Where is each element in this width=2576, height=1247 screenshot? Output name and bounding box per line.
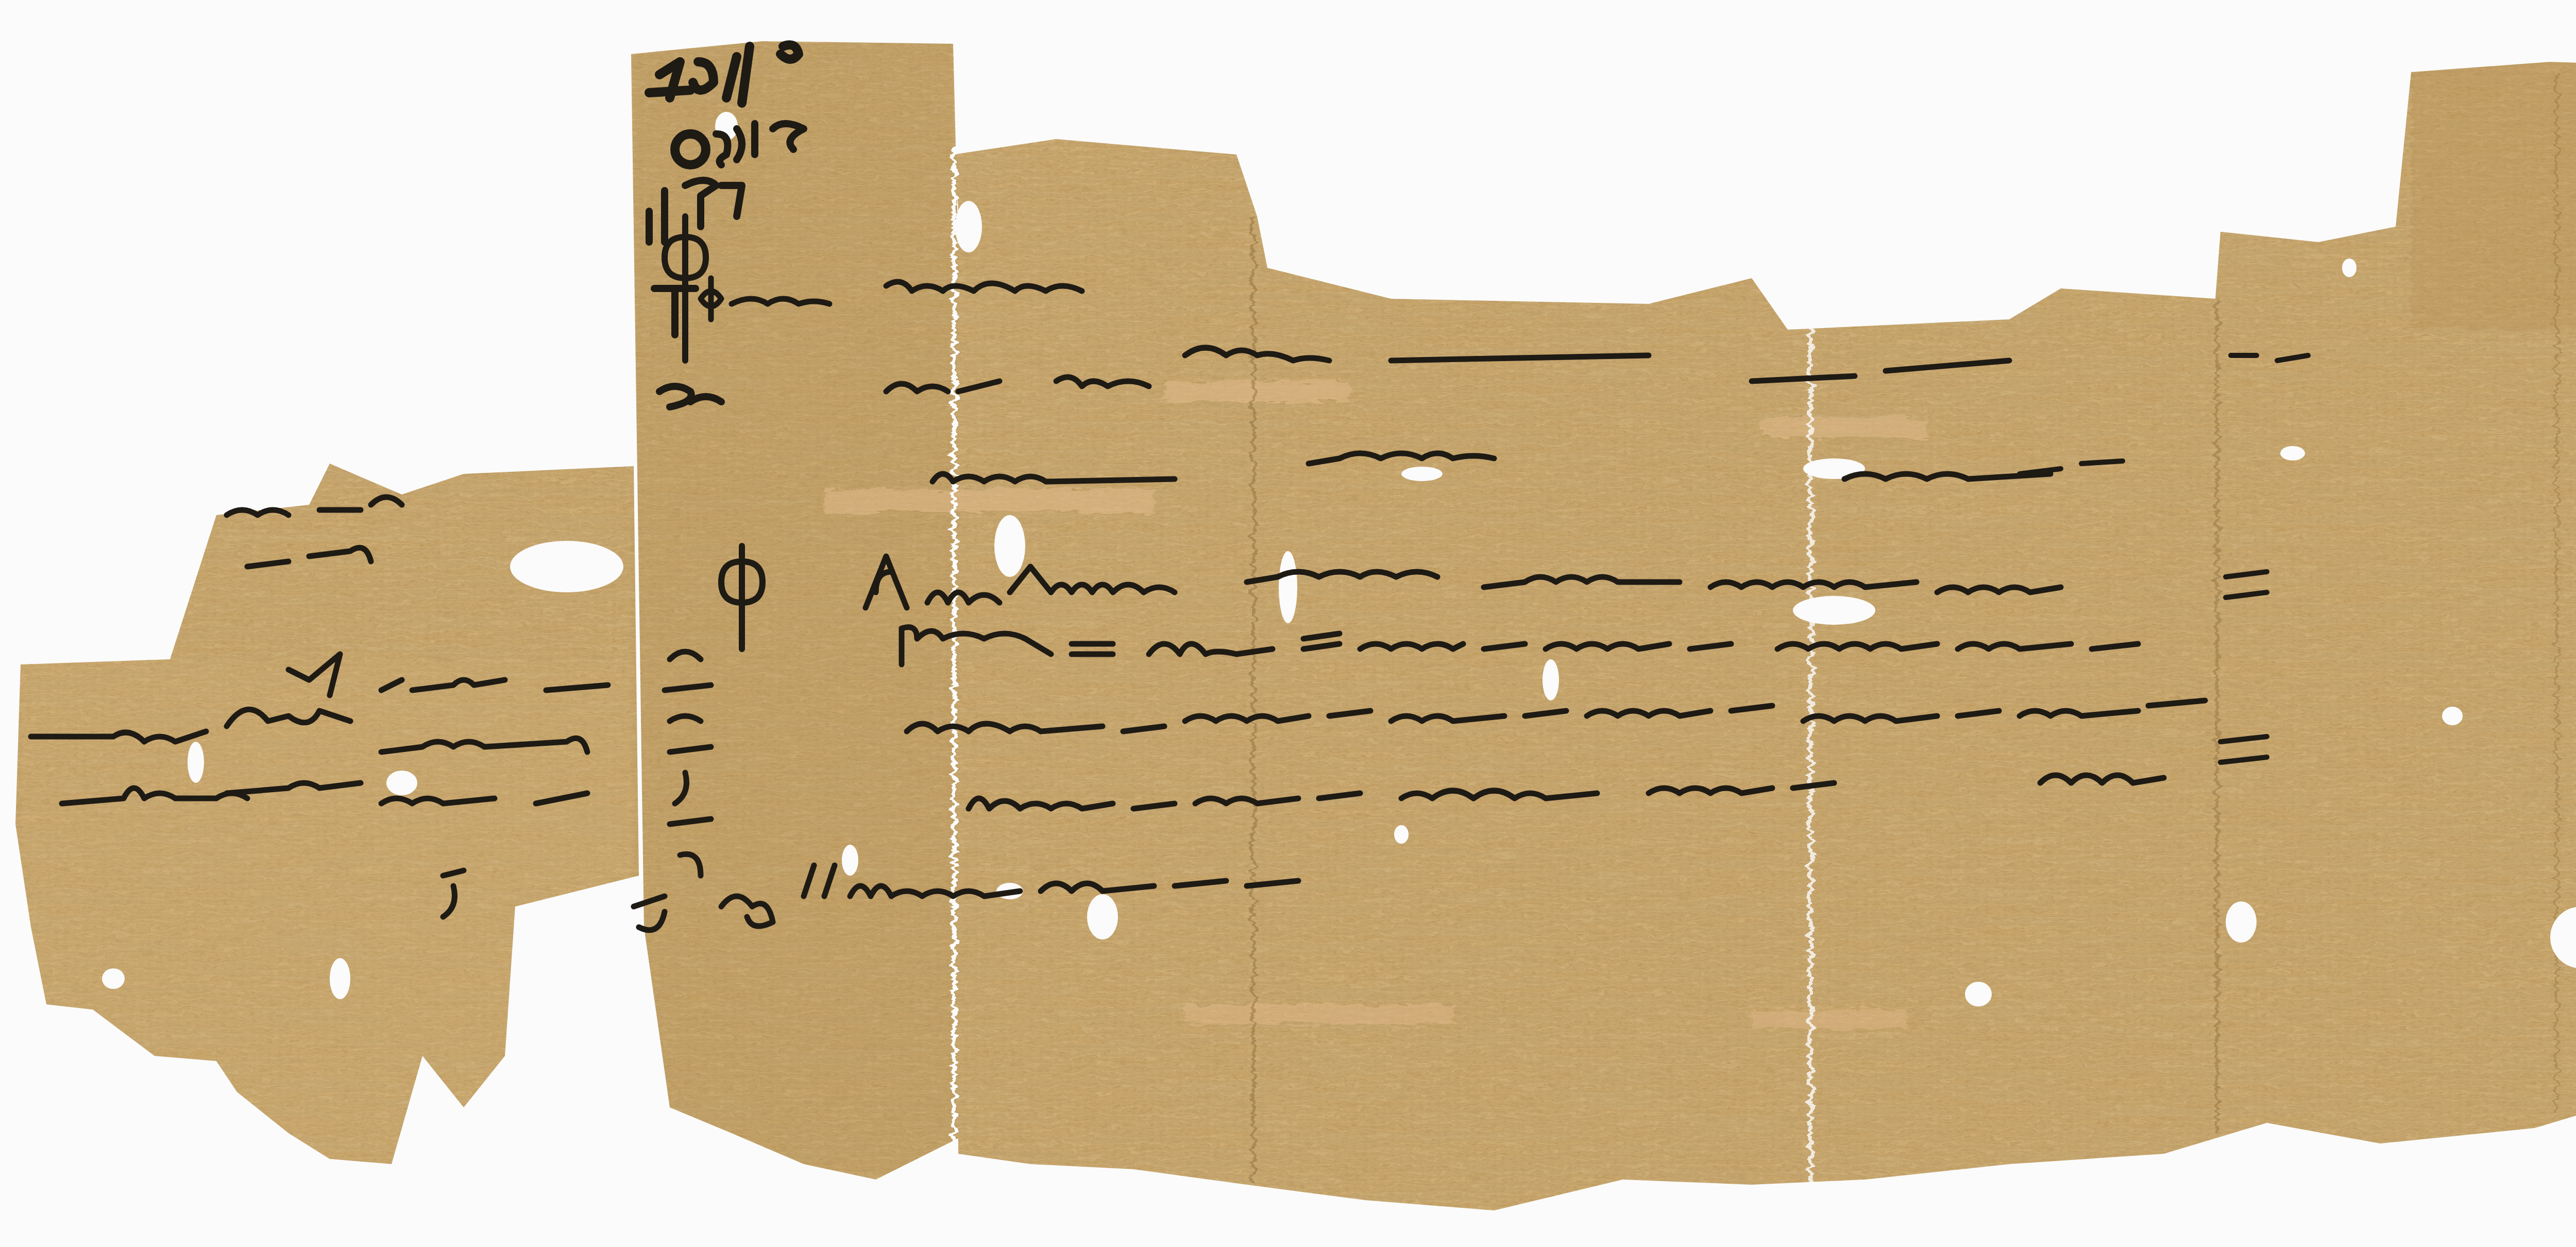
papyrus-fragment bbox=[0, 0, 2576, 1247]
scan-background: Ancient papyrus fragment with cursive Gr… bbox=[0, 0, 2576, 1247]
